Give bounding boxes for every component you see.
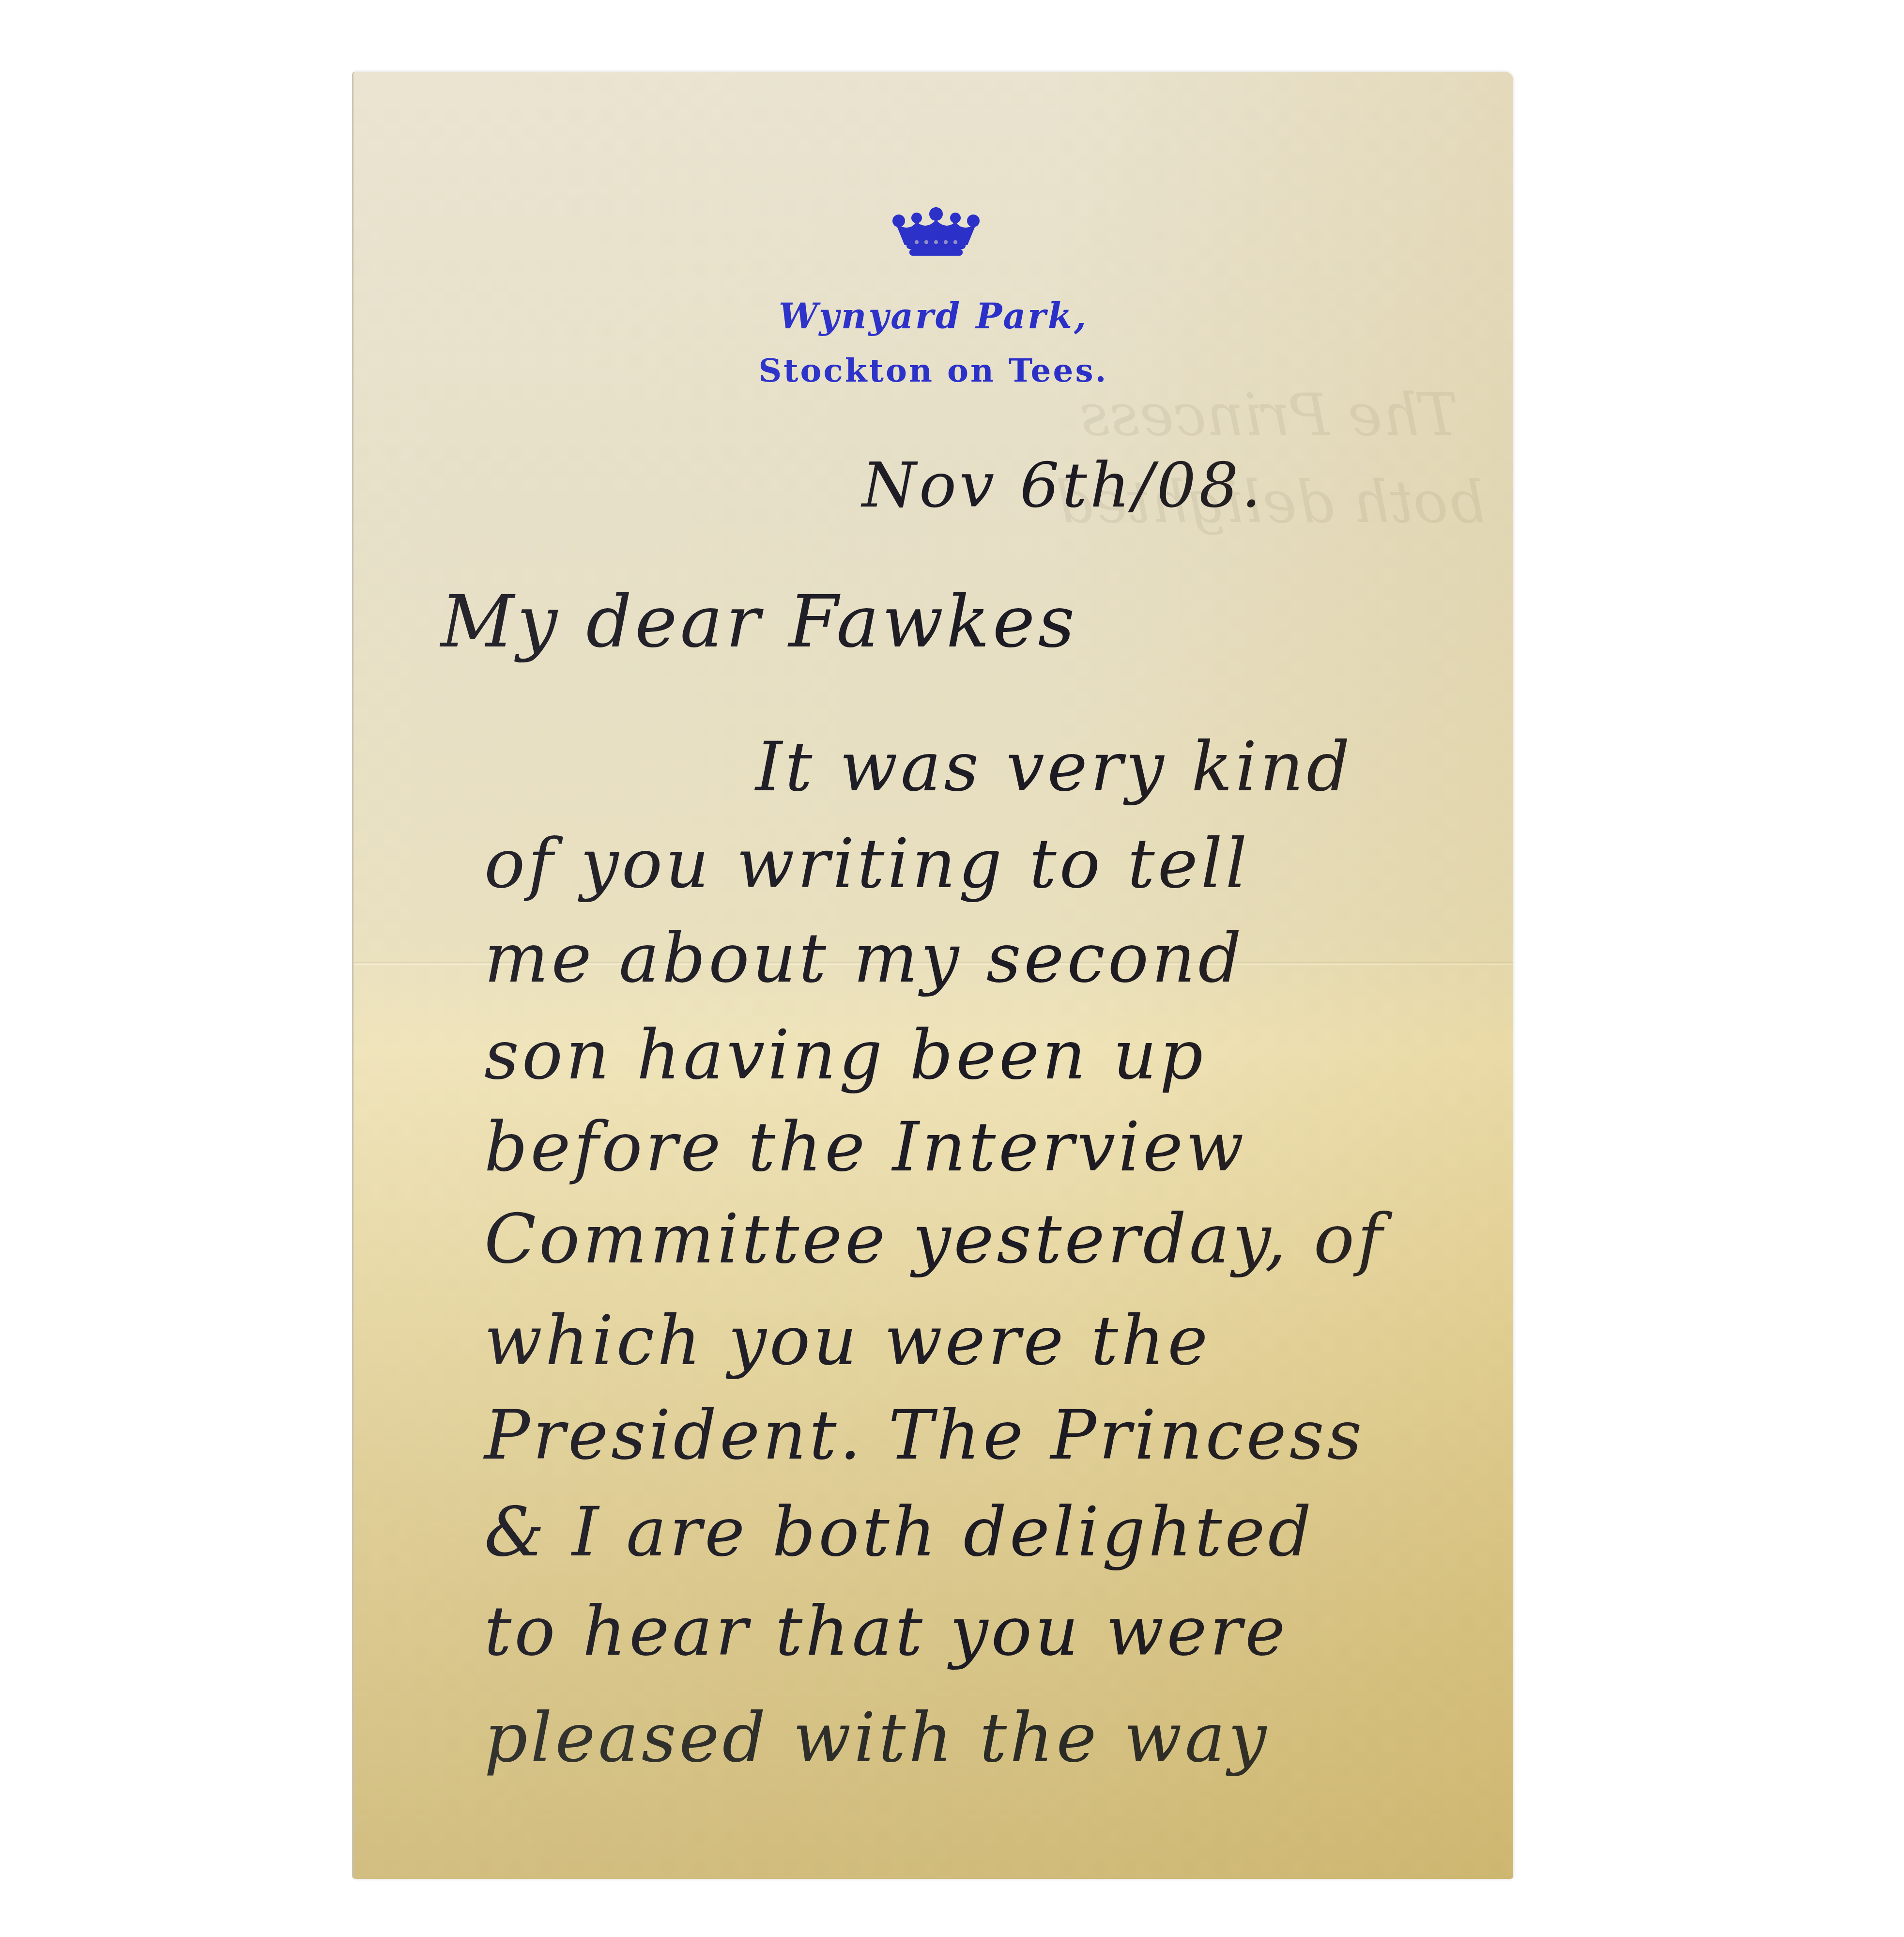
- body-line: pleased with the way: [484, 1699, 1269, 1778]
- body-line: before the Interview: [484, 1108, 1247, 1187]
- body-line: President. The Princess: [484, 1396, 1365, 1475]
- body-line: me about my second: [484, 919, 1244, 998]
- bleed-through-text: The Princess: [1080, 382, 1459, 449]
- letterhead-address-line-2: Stockton on Tees.: [353, 352, 1513, 389]
- body-line: of you writing to tell: [484, 825, 1250, 904]
- crown-icon: [890, 207, 982, 258]
- letterhead-address-line-1: Wynyard Park,: [353, 295, 1513, 337]
- body-line: & I are both delighted: [484, 1493, 1314, 1572]
- letter-date: Nov 6th/08.: [862, 449, 1264, 522]
- body-line: to hear that you were: [484, 1592, 1288, 1671]
- salutation: My dear Fawkes: [441, 580, 1077, 663]
- letter-page: The Princess both delighted Wynyard Park…: [353, 72, 1513, 1879]
- body-line: son having been up: [484, 1016, 1206, 1095]
- body-line: which you were the: [484, 1302, 1211, 1381]
- body-line: Committee yesterday, of: [484, 1200, 1385, 1279]
- body-line: It was very kind: [755, 728, 1353, 807]
